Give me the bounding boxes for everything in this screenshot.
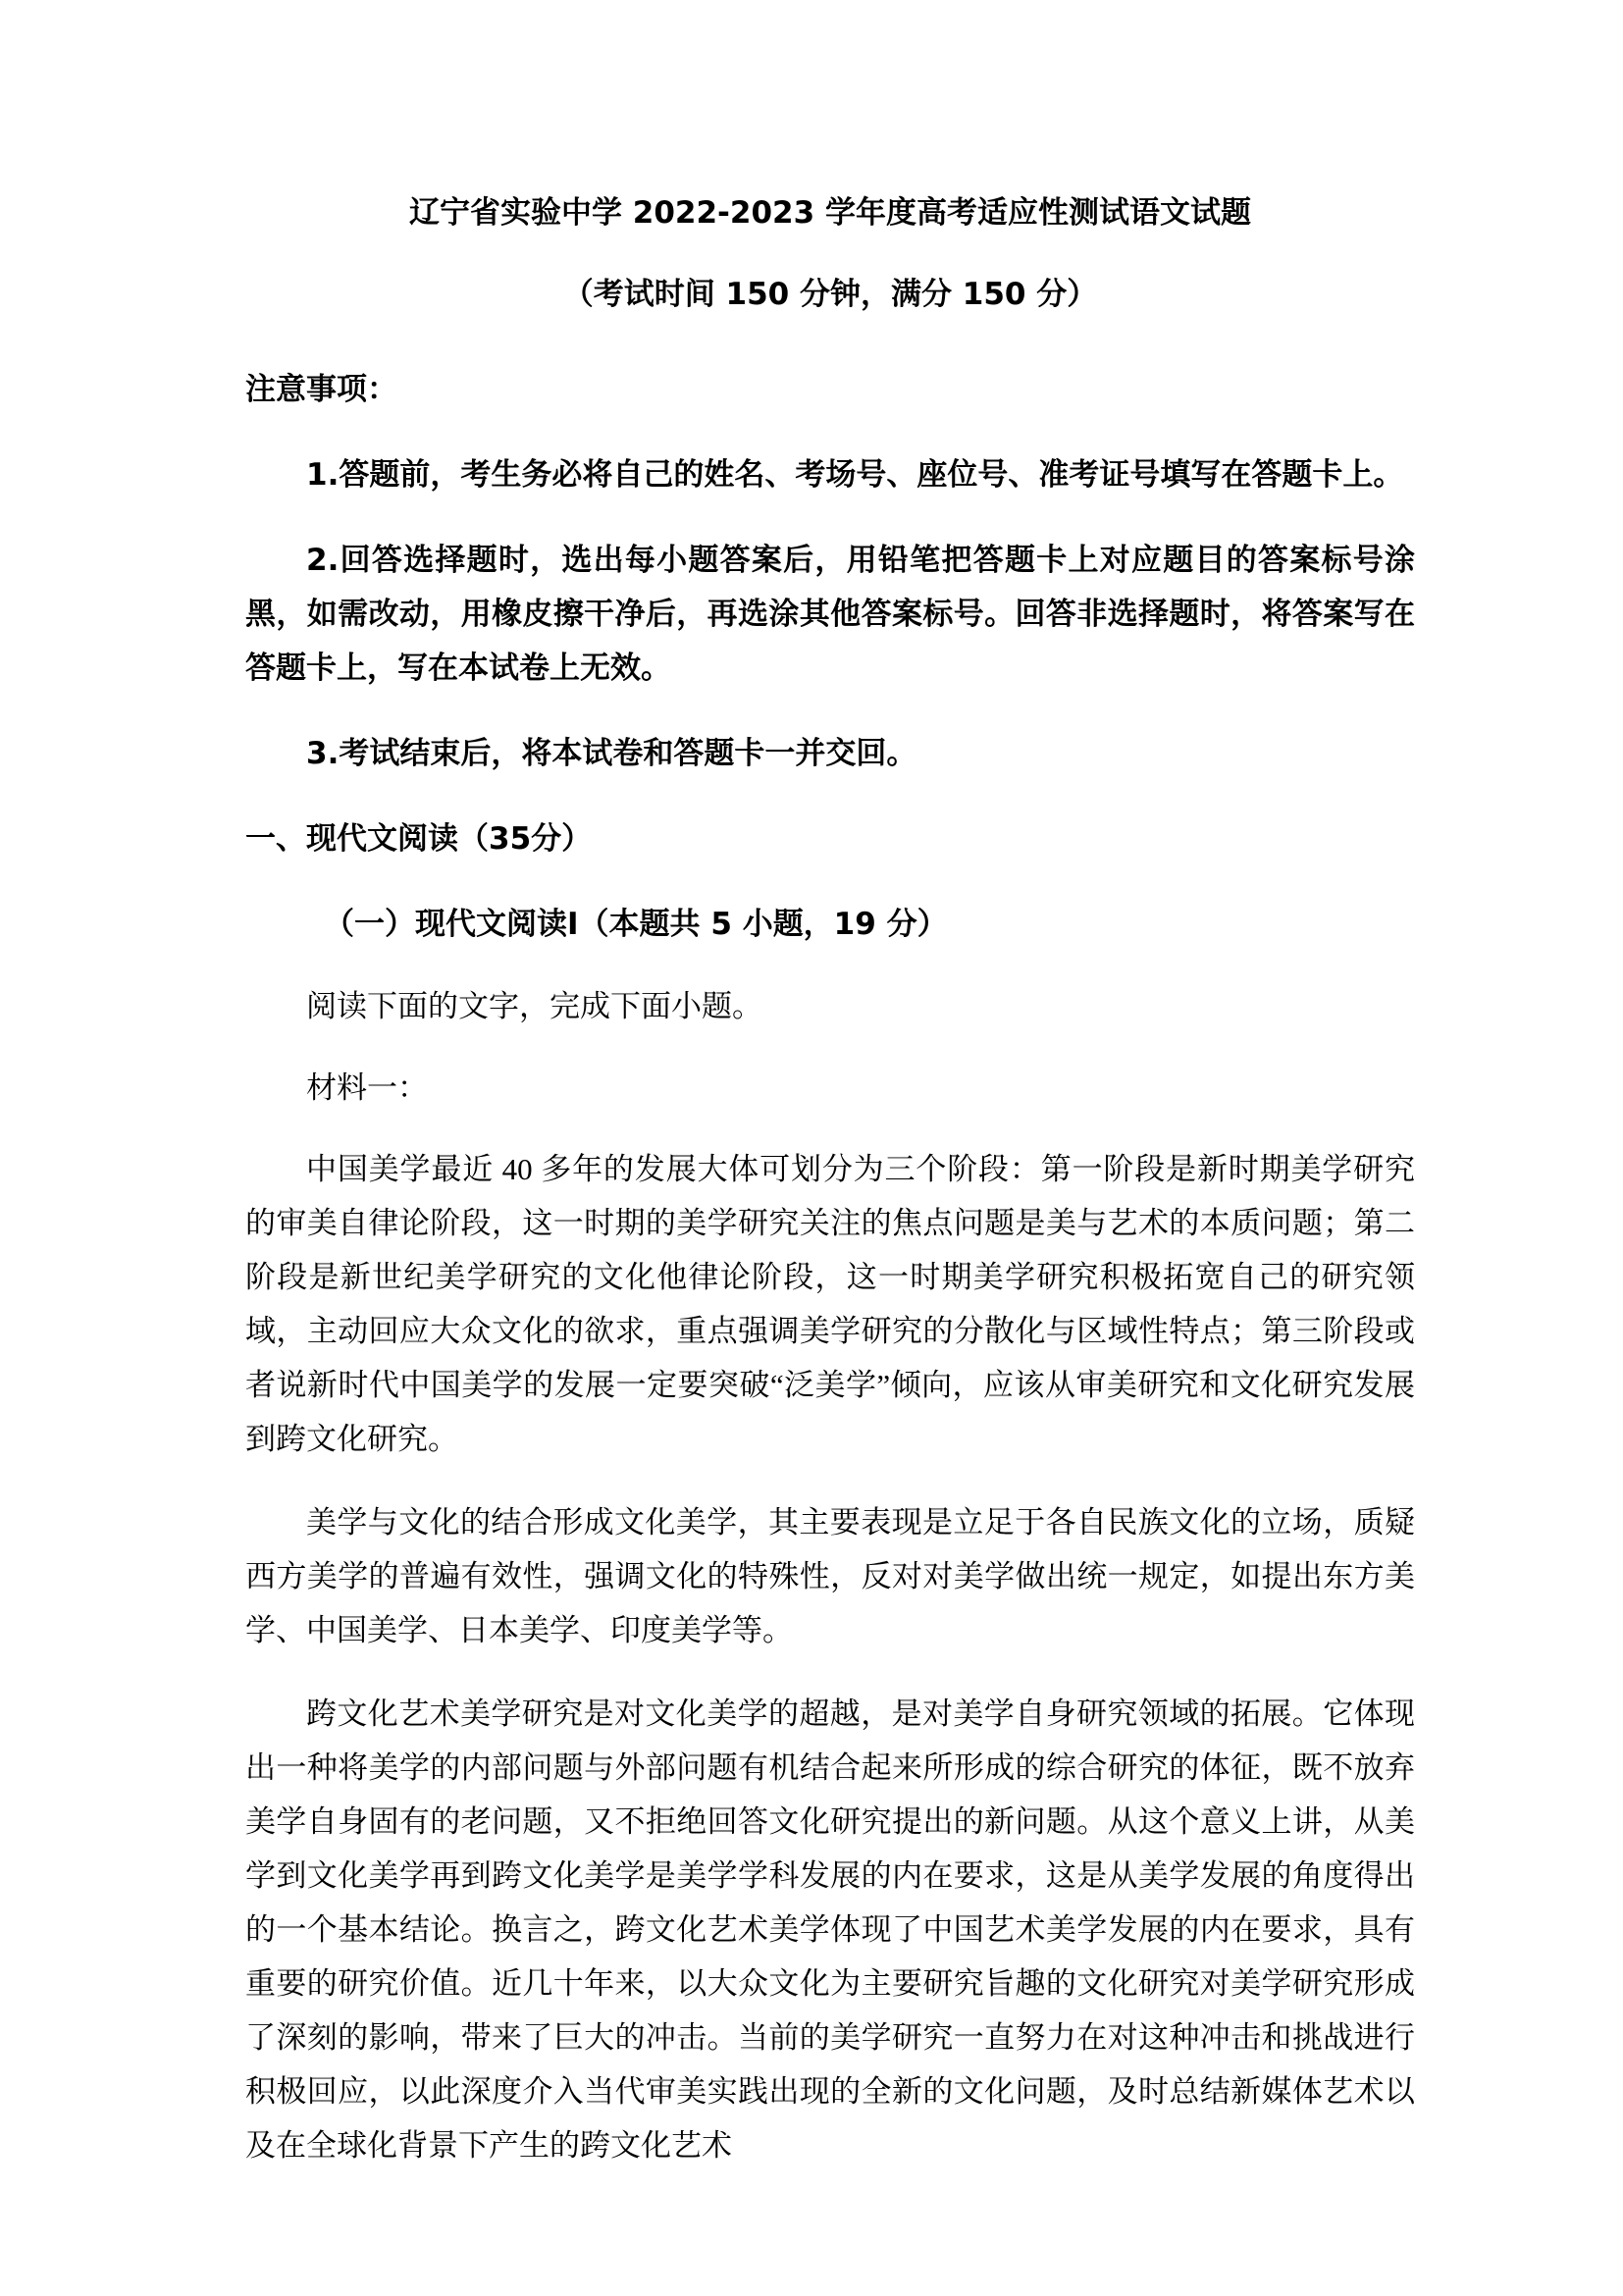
- material-paragraph-1: 中国美学最近 40 多年的发展大体可划分为三个阶段：第一阶段是新时期美学研究的审…: [245, 1142, 1415, 1466]
- notice-item-3: 3.考试结束后，将本试卷和答题卡一并交回。: [245, 727, 1415, 781]
- notice-heading: 注意事项：: [245, 363, 1415, 417]
- notice-item-1: 1.答题前，考生务必将自己的姓名、考场号、座位号、准考证号填写在答题卡上。: [245, 448, 1415, 502]
- material-paragraph-2: 美学与文化的结合形成文化美学，其主要表现是立足于各自民族文化的立场，质疑西方美学…: [245, 1495, 1415, 1657]
- material-paragraph-3: 跨文化艺术美学研究是对文化美学的超越，是对美学自身研究领域的拓展。它体现出一种将…: [245, 1687, 1415, 2172]
- reading-instruction: 阅读下面的文字，完成下面小题。: [245, 979, 1415, 1033]
- exam-paper-page: 辽宁省实验中学 2022-2023 学年度高考适应性测试语文试题 （考试时间 1…: [0, 0, 1623, 2296]
- section-heading-modern-reading: 一、现代文阅读（35分）: [245, 812, 1415, 866]
- paper-subtitle: （考试时间 150 分钟，满分 150 分）: [245, 268, 1415, 322]
- notice-item-2: 2.回答选择题时，选出每小题答案后，用铅笔把答题卡上对应题目的答案标号涂黑，如需…: [245, 534, 1415, 696]
- subsection-heading-reading-1: （一）现代文阅读Ⅰ（本题共 5 小题，19 分）: [245, 898, 1415, 952]
- paper-title: 辽宁省实验中学 2022-2023 学年度高考适应性测试语文试题: [245, 186, 1415, 240]
- material-one-label: 材料一：: [245, 1061, 1415, 1115]
